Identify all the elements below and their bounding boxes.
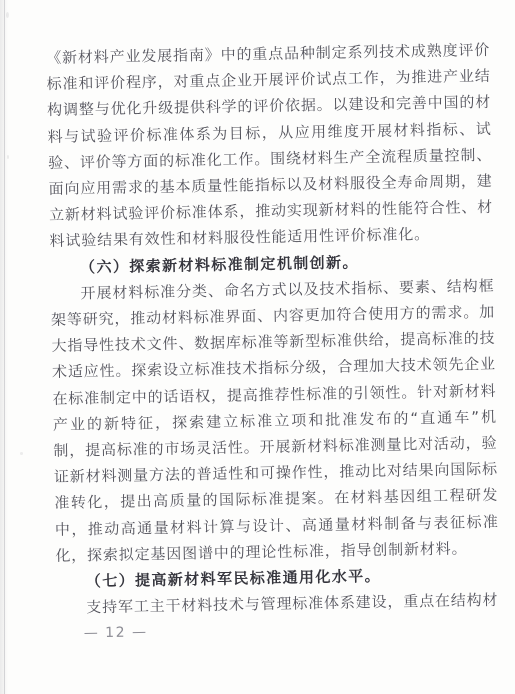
- document-page: 《新材料产业发展指南》中的重点品种制定系列技术成熟度评价标准和评价程序，对重点企…: [0, 0, 515, 694]
- scan-speck: [7, 155, 9, 159]
- scan-edge-line: [4, 0, 5, 694]
- scan-speck: [20, 452, 23, 455]
- scan-speck: [6, 12, 9, 18]
- document-text-block: 《新材料产业发展指南》中的重点品种制定系列技术成熟度评价标准和评价程序，对重点企…: [46, 37, 501, 648]
- paragraph-standards-mechanism-innovation: 开展材料标准分类、命名方式以及技术指标、要素、结构框架等研究，推动材料标准界面、…: [50, 273, 499, 569]
- paragraph-continuation: 《新材料产业发展指南》中的重点品种制定系列技术成熟度评价标准和评价程序，对重点企…: [46, 37, 494, 255]
